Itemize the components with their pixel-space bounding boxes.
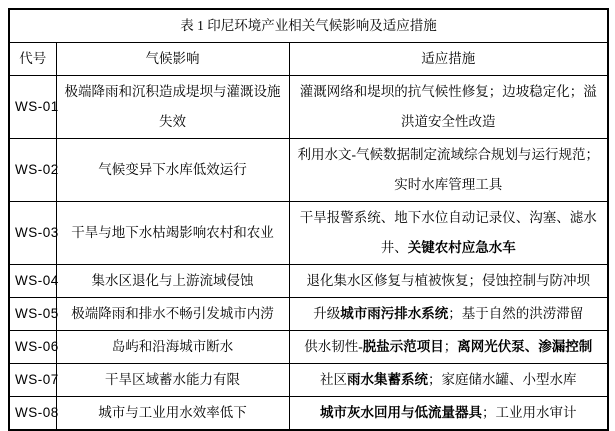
measure-text: 利用水文-气候数据制定流域综合规划与运行规范；实时水库管理工具 <box>298 147 600 192</box>
measure-text-bold: 离网光伏泵、渗漏控制 <box>457 339 592 354</box>
climate-impact-table: 表 1 印尼环境产业相关气候影响及适应措施 代号 气候影响 适应措施 WS-01… <box>8 8 609 422</box>
measure-text-bold: 脱盐示范项目 <box>363 339 444 354</box>
row-code: WS-08 <box>9 397 56 423</box>
table-body: WS-01极端降雨和沉积造成堤坝与灌溉设施失效灌溉网络和堤坝的抗气候性修复；边坡… <box>9 76 608 423</box>
measure-text: ；基于自然的洪涝滞留 <box>448 306 583 321</box>
row-climate-impact: 干旱与地下水枯竭影响农村和农业 <box>56 202 289 265</box>
measure-text: 社区 <box>320 372 347 387</box>
row-climate-impact: 城市与工业用水效率低下 <box>56 397 289 423</box>
table-row: WS-03干旱与地下水枯竭影响农村和农业干旱报警系统、地下水位自动记录仪、沟塞、… <box>9 202 608 265</box>
measure-text: ；工业用水审计 <box>482 405 577 420</box>
table-row: WS-07干旱区域蓄水能力有限社区雨水集蓄系统；家庭储水罐、小型水库 <box>9 364 608 397</box>
row-adaptation-measures: 社区雨水集蓄系统；家庭储水罐、小型水库 <box>289 364 608 397</box>
column-header-measures: 适应措施 <box>289 43 608 76</box>
row-adaptation-measures: 干旱报警系统、地下水位自动记录仪、沟塞、滤水井、关键农村应急水车 <box>289 202 608 265</box>
document-page: 表 1 印尼环境产业相关气候影响及适应措施 代号 气候影响 适应措施 WS-01… <box>0 0 615 422</box>
row-climate-impact: 岛屿和沿海城市断水 <box>56 331 289 364</box>
measure-text: ； <box>444 339 458 354</box>
row-adaptation-measures: 利用水文-气候数据制定流域综合规划与运行规范；实时水库管理工具 <box>289 139 608 202</box>
row-climate-impact: 极端降雨和排水不畅引发城市内涝 <box>56 298 289 331</box>
measure-text-bold: 城市雨污排水系统 <box>340 306 448 321</box>
table-title-row: 表 1 印尼环境产业相关气候影响及适应措施 <box>9 9 608 43</box>
row-adaptation-measures: 灌溉网络和堤坝的抗气候性修复；边坡稳定化；溢洪道安全性改造 <box>289 76 608 139</box>
row-code: WS-03 <box>9 202 56 265</box>
measure-text-bold: 城市灰水回用与低流量器具 <box>320 405 482 420</box>
table-header-row: 代号 气候影响 适应措施 <box>9 43 608 76</box>
measure-text-bold: 雨水集蓄系统 <box>347 372 428 387</box>
measure-text: 供水韧性- <box>304 339 363 354</box>
table-row: WS-05极端降雨和排水不畅引发城市内涝升级城市雨污排水系统；基于自然的洪涝滞留 <box>9 298 608 331</box>
row-code: WS-01 <box>9 76 56 139</box>
row-climate-impact: 气候变异下水库低效运行 <box>56 139 289 202</box>
table-row: WS-01极端降雨和沉积造成堤坝与灌溉设施失效灌溉网络和堤坝的抗气候性修复；边坡… <box>9 76 608 139</box>
row-adaptation-measures: 供水韧性-脱盐示范项目；离网光伏泵、渗漏控制 <box>289 331 608 364</box>
measure-text-bold: 关键农村应急水车 <box>408 240 516 255</box>
column-header-code: 代号 <box>9 43 56 76</box>
row-adaptation-measures: 城市灰水回用与低流量器具；工业用水审计 <box>289 397 608 423</box>
measure-text: 退化集水区修复与植被恢复；侵蚀控制与防冲坝 <box>307 273 591 288</box>
row-code: WS-04 <box>9 265 56 298</box>
measure-text: 升级 <box>313 306 340 321</box>
row-code: WS-06 <box>9 331 56 364</box>
row-code: WS-02 <box>9 139 56 202</box>
row-code: WS-07 <box>9 364 56 397</box>
table-row: WS-04集水区退化与上游流域侵蚀退化集水区修复与植被恢复；侵蚀控制与防冲坝 <box>9 265 608 298</box>
row-adaptation-measures: 退化集水区修复与植被恢复；侵蚀控制与防冲坝 <box>289 265 608 298</box>
table-row: WS-08城市与工业用水效率低下城市灰水回用与低流量器具；工业用水审计 <box>9 397 608 423</box>
row-adaptation-measures: 升级城市雨污排水系统；基于自然的洪涝滞留 <box>289 298 608 331</box>
table-title: 表 1 印尼环境产业相关气候影响及适应措施 <box>9 9 608 43</box>
table-row: WS-02气候变异下水库低效运行利用水文-气候数据制定流域综合规划与运行规范；实… <box>9 139 608 202</box>
column-header-impact: 气候影响 <box>56 43 289 76</box>
row-climate-impact: 极端降雨和沉积造成堤坝与灌溉设施失效 <box>56 76 289 139</box>
row-code: WS-05 <box>9 298 56 331</box>
measure-text: ；家庭储水罐、小型水库 <box>428 372 577 387</box>
measure-text: 灌溉网络和堤坝的抗气候性修复；边坡稳定化；溢洪道安全性改造 <box>300 84 597 129</box>
row-climate-impact: 集水区退化与上游流域侵蚀 <box>56 265 289 298</box>
row-climate-impact: 干旱区域蓄水能力有限 <box>56 364 289 397</box>
table-row: WS-06岛屿和沿海城市断水供水韧性-脱盐示范项目；离网光伏泵、渗漏控制 <box>9 331 608 364</box>
